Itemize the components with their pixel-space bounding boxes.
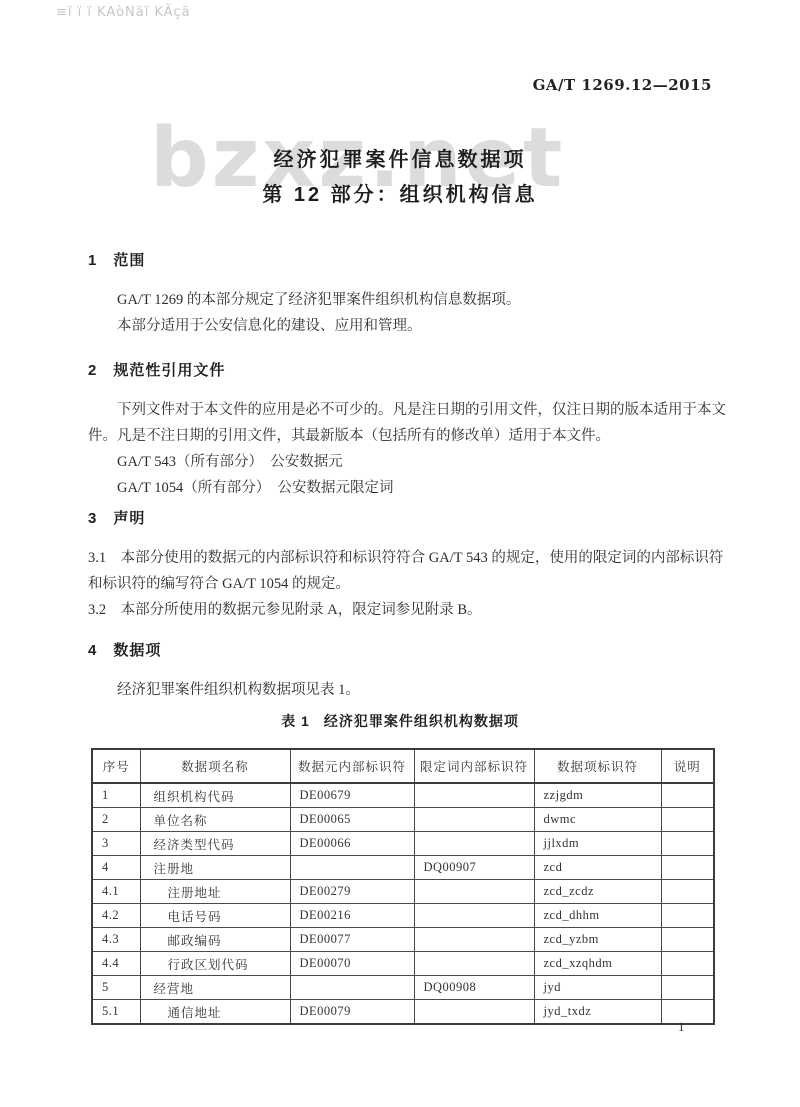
cell-element-id: DE00079	[290, 1000, 414, 1025]
section-number: 3	[88, 510, 96, 527]
table-row: 5.1 通信地址 DE00079 jyd_txdz	[92, 1000, 714, 1025]
cell-notes	[661, 976, 714, 1000]
cell-seq: 4.3	[92, 928, 140, 952]
section-normative-references: 2规范性引用文件 下列文件对于本文件的应用是必不可少的。凡是注日期的引用文件，仅…	[88, 358, 716, 501]
cell-element-id: DE00279	[290, 880, 414, 904]
cell-seq: 3	[92, 832, 140, 856]
title-line-2: 第 12 部分：组织机构信息	[0, 178, 800, 213]
cell-qualifier-id	[414, 928, 534, 952]
paragraph-line: 和标识符的编写符合 GA/T 1054 的规定。	[88, 571, 716, 597]
cell-notes	[661, 928, 714, 952]
cell-element-id: DE00216	[290, 904, 414, 928]
cell-item-name: 组织机构代码	[140, 783, 290, 808]
cell-seq: 4.4	[92, 952, 140, 976]
cell-item-name: 行政区划代码	[140, 952, 290, 976]
cell-item-name: 通信地址	[140, 1000, 290, 1025]
paragraph-line: GA/T 1269 的本部分规定了经济犯罪案件组织机构信息数据项。	[88, 287, 716, 313]
cell-qualifier-id	[414, 783, 534, 808]
cell-item-id: zcd_dhhm	[534, 904, 661, 928]
table-row: 4.4 行政区划代码 DE00070 zcd_xzqhdm	[92, 952, 714, 976]
cell-item-id: zzjgdm	[534, 783, 661, 808]
table-row: 3 经济类型代码 DE00066 jjlxdm	[92, 832, 714, 856]
data-items-table: 序号 数据项名称 数据元内部标识符 限定词内部标识符 数据项标识符 说明 1 组…	[91, 748, 715, 1025]
reference-item: GA/T 543（所有部分） 公安数据元	[88, 449, 716, 475]
section-heading: 4数据项	[88, 638, 716, 664]
cell-item-name: 注册地	[140, 856, 290, 880]
cell-element-id: DE00066	[290, 832, 414, 856]
cell-qualifier-id: DQ00907	[414, 856, 534, 880]
section-number: 2	[88, 362, 96, 379]
section-title: 数据项	[113, 642, 161, 659]
cell-notes	[661, 808, 714, 832]
table-caption-text: 经济犯罪案件组织机构数据项	[324, 713, 519, 729]
standard-number: GA/T 1269.12—2015	[533, 76, 712, 94]
cell-item-name: 经营地	[140, 976, 290, 1000]
cell-qualifier-id: DQ00908	[414, 976, 534, 1000]
cell-element-id: DE00065	[290, 808, 414, 832]
cell-element-id: DE00679	[290, 783, 414, 808]
table-caption-label: 表 1	[281, 713, 310, 729]
table-row: 5 经营地 DQ00908 jyd	[92, 976, 714, 1000]
cell-item-name: 邮政编码	[140, 928, 290, 952]
table-row: 4.2 电话号码 DE00216 zcd_dhhm	[92, 904, 714, 928]
col-header-element-id: 数据元内部标识符	[290, 749, 414, 783]
col-header-qualifier-id: 限定词内部标识符	[414, 749, 534, 783]
cell-item-id: jyd_txdz	[534, 1000, 661, 1025]
header-watermark-text: ≡ï ï ï KAòNäï KÄçã	[56, 5, 191, 20]
col-header-notes: 说明	[661, 749, 714, 783]
table-row: 4 注册地 DQ00907 zcd	[92, 856, 714, 880]
cell-notes	[661, 783, 714, 808]
section-title: 规范性引用文件	[113, 362, 225, 379]
cell-item-name: 单位名称	[140, 808, 290, 832]
reference-item: GA/T 1054（所有部分） 公安数据元限定词	[88, 475, 716, 501]
table-caption: 表 1经济犯罪案件组织机构数据项	[0, 711, 800, 731]
paragraph-line: 本部分适用于公安信息化的建设、应用和管理。	[88, 313, 716, 339]
title-line-1: 经济犯罪案件信息数据项	[0, 143, 800, 178]
cell-qualifier-id	[414, 952, 534, 976]
cell-seq: 5	[92, 976, 140, 1000]
cell-item-id: zcd	[534, 856, 661, 880]
table-row: 4.1 注册地址 DE00279 zcd_zcdz	[92, 880, 714, 904]
table-header-row: 序号 数据项名称 数据元内部标识符 限定词内部标识符 数据项标识符 说明	[92, 749, 714, 783]
section-title: 范围	[113, 252, 145, 269]
cell-element-id	[290, 976, 414, 1000]
cell-item-id: zcd_xzqhdm	[534, 952, 661, 976]
table-row: 4.3 邮政编码 DE00077 zcd_yzbm	[92, 928, 714, 952]
cell-item-id: dwmc	[534, 808, 661, 832]
section-number: 1	[88, 252, 96, 269]
paragraph-line: 3.2 本部分所使用的数据元参见附录 A，限定词参见附录 B。	[88, 597, 716, 623]
document-title: 经济犯罪案件信息数据项 第 12 部分：组织机构信息	[0, 143, 800, 213]
paragraph-line: 经济犯罪案件组织机构数据项见表 1。	[88, 677, 716, 703]
cell-seq: 1	[92, 783, 140, 808]
col-header-item-id: 数据项标识符	[534, 749, 661, 783]
cell-notes	[661, 904, 714, 928]
cell-element-id	[290, 856, 414, 880]
cell-item-name: 注册地址	[140, 880, 290, 904]
section-number: 4	[88, 642, 96, 659]
cell-notes	[661, 856, 714, 880]
cell-seq: 4.2	[92, 904, 140, 928]
section-heading: 1范围	[88, 248, 716, 274]
cell-notes	[661, 1000, 714, 1025]
cell-qualifier-id	[414, 880, 534, 904]
cell-item-id: zcd_zcdz	[534, 880, 661, 904]
cell-notes	[661, 952, 714, 976]
section-heading: 2规范性引用文件	[88, 358, 716, 384]
cell-qualifier-id	[414, 808, 534, 832]
cell-item-name: 经济类型代码	[140, 832, 290, 856]
section-title: 声明	[113, 510, 145, 527]
section-declaration: 3声明 3.1 本部分使用的数据元的内部标识符和标识符符合 GA/T 543 的…	[88, 506, 716, 623]
col-header-item-name: 数据项名称	[140, 749, 290, 783]
cell-seq: 2	[92, 808, 140, 832]
cell-notes	[661, 880, 714, 904]
cell-item-id: zcd_yzbm	[534, 928, 661, 952]
page-number: 1	[678, 1019, 685, 1035]
table-row: 2 单位名称 DE00065 dwmc	[92, 808, 714, 832]
document-page: ≡ï ï ï KAòNäï KÄçã GA/T 1269.12—2015 bzx…	[0, 0, 800, 1107]
cell-notes	[661, 832, 714, 856]
cell-seq: 4.1	[92, 880, 140, 904]
paragraph-line: 件。凡是不注日期的引用文件，其最新版本（包括所有的修改单）适用于本文件。	[88, 423, 716, 449]
cell-qualifier-id	[414, 904, 534, 928]
cell-element-id: DE00077	[290, 928, 414, 952]
paragraph-line: 下列文件对于本文件的应用是必不可少的。凡是注日期的引用文件，仅注日期的版本适用于…	[88, 397, 716, 423]
cell-qualifier-id	[414, 832, 534, 856]
cell-item-name: 电话号码	[140, 904, 290, 928]
cell-element-id: DE00070	[290, 952, 414, 976]
col-header-seq: 序号	[92, 749, 140, 783]
table-row: 1 组织机构代码 DE00679 zzjgdm	[92, 783, 714, 808]
paragraph-line: 3.1 本部分使用的数据元的内部标识符和标识符符合 GA/T 543 的规定，使…	[88, 545, 716, 571]
cell-qualifier-id	[414, 1000, 534, 1025]
section-heading: 3声明	[88, 506, 716, 532]
section-scope: 1范围 GA/T 1269 的本部分规定了经济犯罪案件组织机构信息数据项。 本部…	[88, 248, 716, 339]
cell-seq: 4	[92, 856, 140, 880]
cell-item-id: jjlxdm	[534, 832, 661, 856]
section-data-items: 4数据项 经济犯罪案件组织机构数据项见表 1。	[88, 638, 716, 703]
cell-seq: 5.1	[92, 1000, 140, 1025]
cell-item-id: jyd	[534, 976, 661, 1000]
